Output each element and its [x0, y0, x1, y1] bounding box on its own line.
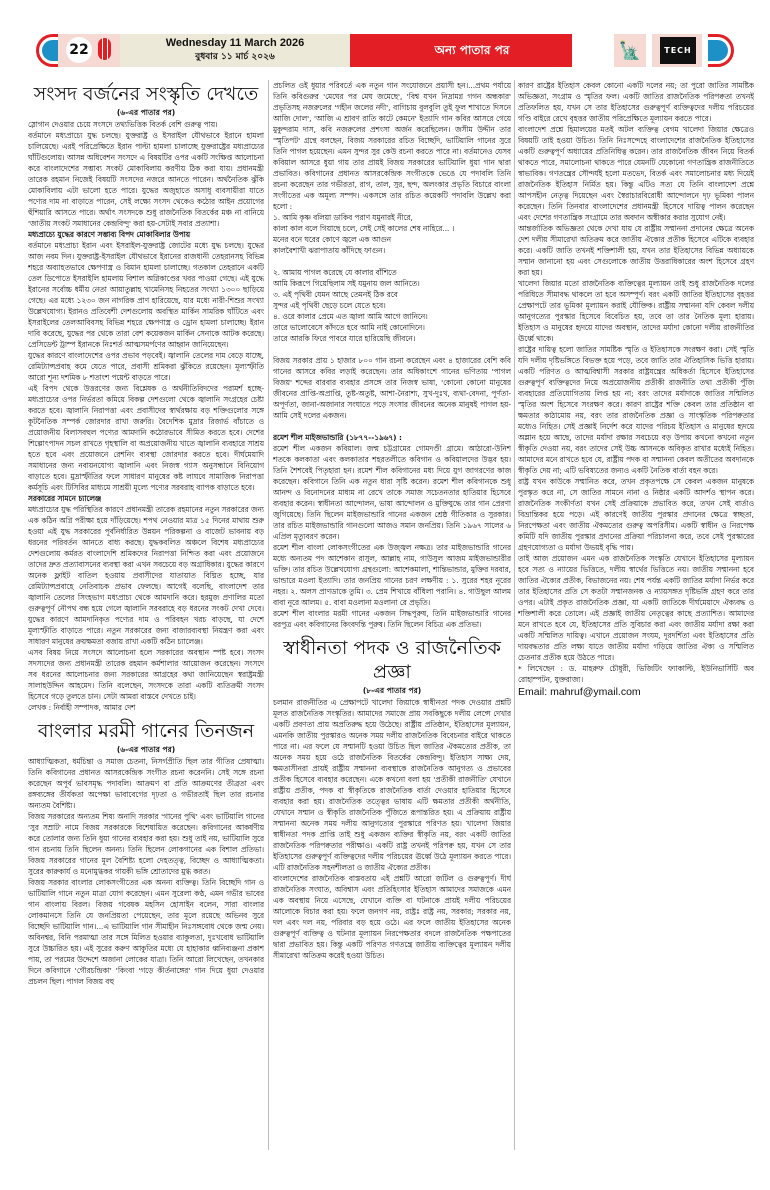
- article-paragraph: বর্তমানে মধ্যপ্রাচ্য ইরান এবং ইসরাইল-যুক…: [28, 240, 264, 350]
- article-paragraph: বাংলাদেশের রাজনৈতিক বাস্তবতায় এই প্রশ্ন…: [273, 873, 511, 961]
- date-english: Wednesday 11 March 2026: [120, 37, 350, 49]
- date-block: Wednesday 11 March 2026 বুধবার ১১ মার্চ …: [120, 34, 350, 67]
- poem-line: মনের বনে ঘরের কোণে জ্বলে এক আগুন: [273, 234, 511, 245]
- article-paragraph: বিজয় সরকার প্রায় ১ হাজার ৮০০ গান রচনা …: [273, 355, 511, 421]
- article-paragraph: এসব বিষয় নিয়ে সংসদে আলোচনা হলে সরকারের…: [28, 647, 264, 702]
- column-3: কারণ রাষ্ট্রের ইতিহাস কেবল কোনো একটি দলে…: [518, 80, 754, 1190]
- article-paragraph: বাংলাদেশ প্রশ্নে হিমালয়ের মতই অটল ব্যক্…: [518, 124, 754, 223]
- column-1: সংসদ বর্জনের সংস্কৃতি দেখতে (৬-এর পাতার …: [28, 80, 264, 1190]
- author-byline: লেখক : নির্বাহী সম্পাদক, আমার দেশ: [28, 702, 264, 713]
- article-headline: বাংলার মরমী গানের তিনজন: [28, 719, 264, 743]
- article-paragraph: স্লোগান দেওয়ার চেয়ে সংসদে তথ্যভিত্তিক …: [28, 119, 264, 130]
- article-subheading: রমেশ শীল মাইজভান্ডারি (১৮৭৭--১৯৬৭) :: [273, 432, 511, 443]
- article-paragraph: বিজয় সরকার বাংলার লোকসংগীতের এক অনন্য ব…: [28, 877, 264, 987]
- article-paragraph: রমেশ শীল বাংলা লোকসংগীতের এক উজ্জ্বল নক্…: [273, 542, 511, 608]
- article-paragraph: এই বিপদ থেকে উত্তরণের জন্য বিশ্লেষক ও অর…: [28, 383, 264, 493]
- poem-line: তারে ভালোবেসে কাঁদতে হবে আমি নাই কোনোদিন…: [273, 322, 511, 333]
- article-paragraph: কারণ রাষ্ট্রের ইতিহাস কেবল কোনো একটি দলে…: [518, 80, 754, 124]
- poem-line: সুন্দর এই পৃথিবী ছেড়ে চলে যেতে হবে।: [273, 300, 511, 311]
- author-byline: * লিখেছেন : ড. মাহরুফ চৌধুরী, ভিজিটিং ফ্…: [518, 663, 754, 685]
- section-title: অন্য পাতার পর: [382, 42, 562, 62]
- poem-line: আমি কিরূপে গিয়েছিলাম সই যমুনায় জল আনিত…: [273, 278, 511, 289]
- article-paragraph: তাই আজ প্রয়োজন এমন এক রাজনৈতিক সংস্কৃতি…: [518, 553, 754, 663]
- article-headline: স্বাধীনতা পদক ও রাজনৈতিক প্রজ্ঞা: [273, 636, 511, 684]
- author-email-link[interactable]: Email: mahruf@ymail.com: [518, 685, 754, 699]
- statue-of-liberty-icon: 🗽: [614, 34, 646, 67]
- continued-note: (৬-এর পাতার পর): [28, 107, 264, 118]
- article-paragraph: আধ্যাত্মিকতা, ধর্মচিন্তা ও সমাজ চেতনা, ন…: [28, 756, 264, 811]
- article-subheading: মধ্যপ্রাচ্যে যুদ্ধের কারণে সম্ভাব্য বিপদ…: [28, 229, 264, 240]
- continued-note: (৬-এর পাতার পর): [28, 744, 264, 755]
- article-paragraph: রমেশ শীল একজন কবিয়াল। জন্ম চট্টগ্রামের …: [273, 443, 511, 542]
- article-paragraph: বিজয় সরকারের অন্যতম শিষ্য অনাদি সরকার '…: [28, 811, 264, 877]
- banner-right-cap: [708, 34, 734, 67]
- article-paragraph: রাষ্ট্র যখন কাউকে সম্মানিত করে, তখন প্রক…: [518, 476, 754, 553]
- article-paragraph: আন্তর্জাতিক অভিজ্ঞতা থেকে দেখা যায় যে র…: [518, 223, 754, 278]
- poem-line: ২. আমায় পাগল করেছে যে কালার বাঁশিতে: [273, 267, 511, 278]
- article-subheading: সরকারের সামনে চ্যালেঞ্জ: [28, 493, 264, 504]
- tech-logo-block: TECH: [652, 34, 702, 67]
- article-paragraph: যুদ্ধের কারণে বাংলাদেশের ওপর প্রভাব পড়ব…: [28, 350, 264, 383]
- page-number: 22: [66, 37, 92, 63]
- poem-line: ১. আমি কৃষ্ণ বলিয়া ডাকিব পরাণ যমুনারই ন…: [273, 212, 511, 223]
- column-divider: [268, 80, 269, 1150]
- poem-line: ৩. এই পৃথিবী যেমন আছে তেমনই ঠিক রবে: [273, 289, 511, 300]
- article-paragraph: খালেদা জিয়ার মতো রাজনৈতিক ব্যক্তিত্বের …: [518, 278, 754, 344]
- article-paragraph: চলমান রাজনীতির এ প্রেক্ষাপটে খালেদা জিয়…: [273, 697, 511, 873]
- article-paragraph: মধ্যপ্রাচ্যের যুদ্ধ পরিস্থিতির কারণে প্র…: [28, 504, 264, 647]
- poem-line: কালা কাল বলে গিয়াছে চলে, সেই সেই কালের …: [273, 223, 511, 234]
- column-divider: [514, 80, 515, 1150]
- article-headline: সংসদ বর্জনের সংস্কৃতি দেখতে: [28, 82, 264, 106]
- date-bangla: বুধবার ১১ মার্চ ২০২৬: [120, 49, 350, 64]
- article-paragraph: রমেশ শীল বাংলার মরমী গানের একজন সিদ্ধপুর…: [273, 608, 511, 630]
- article-paragraph: প্রচলিত ওই ধুয়ার পরিবর্তে এক নতুন গান স…: [273, 80, 511, 212]
- article-paragraph: বর্তমানে মধ্যপ্রাচ্যে যুদ্ধ চলছে। যুক্তর…: [28, 130, 264, 229]
- poem-block: ১. আমি কৃষ্ণ বলিয়া ডাকিব পরাণ যমুনারই ন…: [273, 212, 511, 344]
- page-header-banner: 22 Wednesday 11 March 2026 বুধবার ১১ মার…: [22, 34, 748, 67]
- tech-logo-icon: TECH: [660, 37, 696, 64]
- poem-line: ৪. ওরে কালার প্রেমে এত জ্বালা আমি আগে জা…: [273, 311, 511, 322]
- newspaper-logo-icon: [98, 38, 111, 60]
- poem-line: তারে আরকি ফিরে পাবরে যারে হারিয়েছি জীবন…: [273, 333, 511, 344]
- article-paragraph: রাষ্ট্রের দায়িত্ব হলো জাতির সামষ্টিক স্…: [518, 344, 754, 476]
- continued-note: (৮-এর পাতার পর): [273, 685, 511, 696]
- column-2: প্রচলিত ওই ধুয়ার পরিবর্তে এক নতুন গান স…: [273, 80, 511, 1190]
- poem-line: কালবৈশাখী ঝরাপাতায় কাঁদিছে ফাগুন।: [273, 245, 511, 256]
